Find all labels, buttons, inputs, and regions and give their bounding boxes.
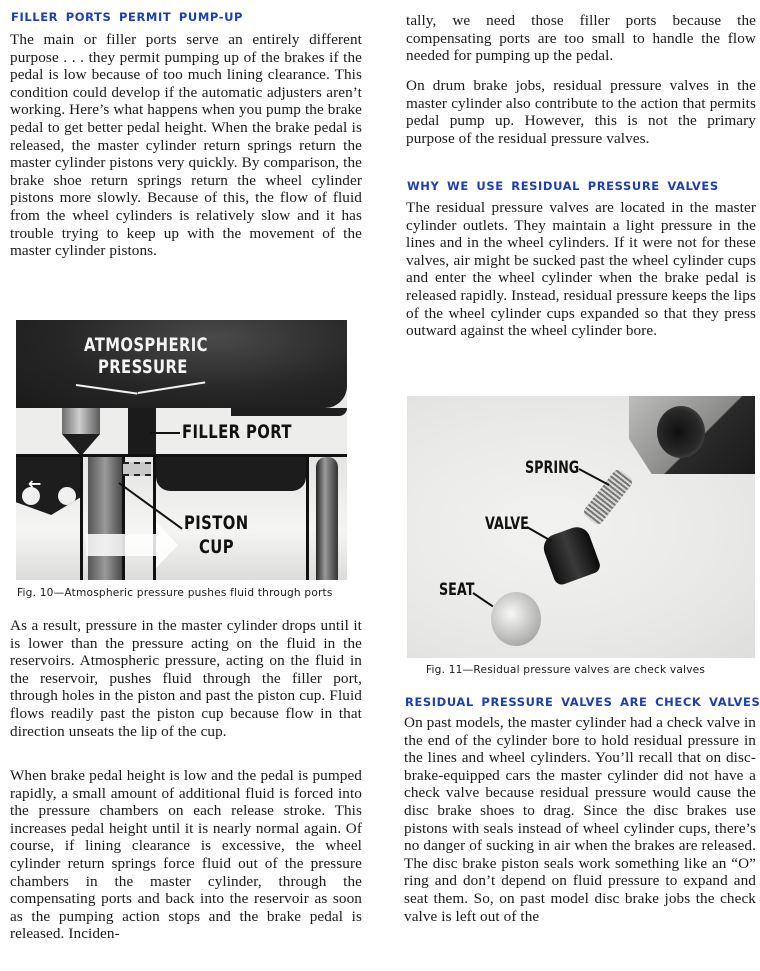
label-filler-port: FILLER PORT xyxy=(182,421,292,443)
section-heading-residual-valves: WHY WE USE RESIDUAL PRESSURE VALVES xyxy=(407,179,719,193)
label-cup: CUP xyxy=(199,536,234,558)
piston-cup xyxy=(123,462,151,476)
paragraph-pedal-height: When brake pedal height is low and the p… xyxy=(10,767,362,943)
paragraph-residual-valves: The residual pressure valves are located… xyxy=(406,199,756,340)
figure-10-master-cylinder-cutaway: ← ATMOSPHERIC PRESSURE FILLER PORT PISTO… xyxy=(16,320,347,580)
section-heading-filler-ports: FILLER PORTS PERMIT PUMP-UP xyxy=(11,10,243,24)
label-seat: SEAT xyxy=(439,580,474,600)
seat-part xyxy=(491,592,541,646)
compensating-port-plug xyxy=(62,408,100,434)
label-valve: VALVE xyxy=(485,514,529,534)
section-heading-check-valves: RESIDUAL PRESSURE VALVES ARE CHECK VALVE… xyxy=(405,695,760,709)
valve-part xyxy=(540,523,602,586)
flow-arrow-icon xyxy=(86,534,156,556)
label-pressure: PRESSURE xyxy=(98,356,188,378)
label-spring: SPRING xyxy=(525,458,579,478)
paragraph-drum-brake-jobs: On drum brake jobs, residual pressure va… xyxy=(406,77,756,147)
filler-port-pointer xyxy=(150,432,180,434)
left-arrow-icon: ← xyxy=(28,474,41,493)
figure-11-caption: Fig. 11—Residual pressure valves are che… xyxy=(426,664,705,676)
paragraph-as-a-result: As a result, pressure in the master cyli… xyxy=(10,617,362,740)
figure-10-caption: Fig. 10—Atmospheric pressure pushes flui… xyxy=(17,587,333,599)
flow-arrowhead-icon xyxy=(156,522,178,568)
paragraph-filler-ports-continued: tally, we need those filler ports becaus… xyxy=(406,12,756,65)
label-piston: PISTON xyxy=(184,512,249,534)
piston xyxy=(88,457,122,580)
spring-part xyxy=(581,467,634,526)
label-atmospheric: ATMOSPHERIC xyxy=(84,334,208,356)
pressure-chamber-wall xyxy=(156,457,306,491)
figure-11-valve-parts-photo: SPRING VALVE SEAT xyxy=(407,396,755,658)
paragraph-filler-ports: The main or filler ports serve an entire… xyxy=(10,31,362,260)
paragraph-check-valves: On past models, the master cylinder had … xyxy=(404,714,756,925)
